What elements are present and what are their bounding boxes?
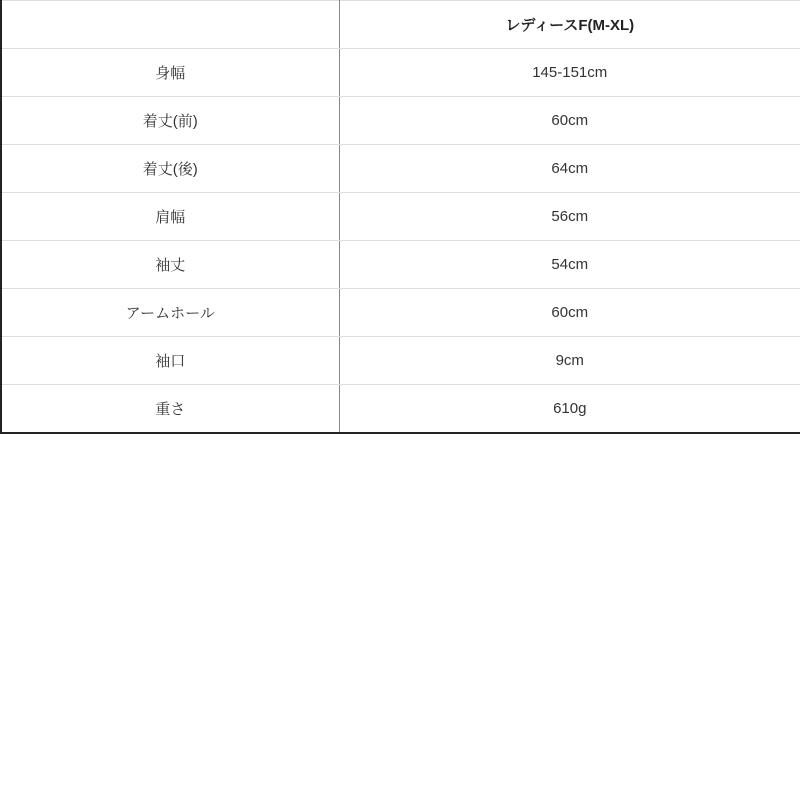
row-label: 肩幅: [1, 193, 339, 241]
table-row: 着丈(前) 60cm: [1, 97, 800, 145]
header-size-cell: レディースF(M-XL): [339, 1, 800, 49]
row-value: 56cm: [339, 193, 800, 241]
table-row: 重さ 610g: [1, 385, 800, 433]
table-row: 肩幅 56cm: [1, 193, 800, 241]
row-label: アームホール: [1, 289, 339, 337]
row-label: 着丈(後): [1, 145, 339, 193]
row-value: 9cm: [339, 337, 800, 385]
row-value: 60cm: [339, 289, 800, 337]
row-value: 54cm: [339, 241, 800, 289]
row-value: 610g: [339, 385, 800, 433]
table-row: 袖丈 54cm: [1, 241, 800, 289]
row-value: 60cm: [339, 97, 800, 145]
table-row: アームホール 60cm: [1, 289, 800, 337]
size-chart-table: レディースF(M-XL) 身幅 145-151cm 着丈(前) 60cm 着丈(…: [0, 0, 800, 434]
table-row: 着丈(後) 64cm: [1, 145, 800, 193]
row-label: 袖丈: [1, 241, 339, 289]
row-value: 64cm: [339, 145, 800, 193]
header-empty-cell: [1, 1, 339, 49]
table-row: 身幅 145-151cm: [1, 49, 800, 97]
row-label: 重さ: [1, 385, 339, 433]
row-label: 着丈(前): [1, 97, 339, 145]
row-label: 身幅: [1, 49, 339, 97]
row-label: 袖口: [1, 337, 339, 385]
table-header-row: レディースF(M-XL): [1, 1, 800, 49]
table-row: 袖口 9cm: [1, 337, 800, 385]
row-value: 145-151cm: [339, 49, 800, 97]
